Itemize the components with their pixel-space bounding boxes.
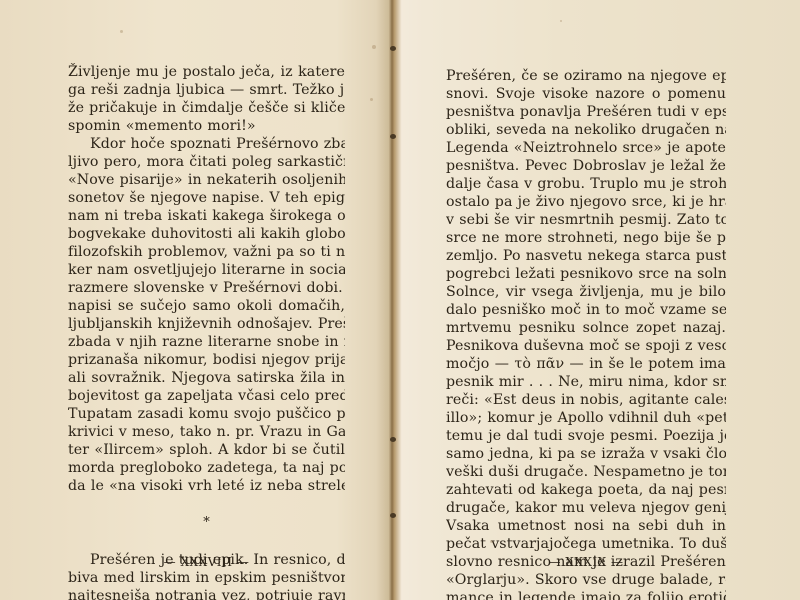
paper-speck xyxy=(370,98,373,101)
text-line: filozofskih problemov, važni pa so ti na… xyxy=(68,243,345,261)
right-page-body: Prešéren, če se oziramo na njegove epske… xyxy=(446,67,726,600)
text-line: pogrebci ležati pesnikovo srce na solncu… xyxy=(446,265,726,283)
text-line: bojevitost ga zapeljata včasi celo preda… xyxy=(68,387,345,405)
text-line: biva med lirskim in epskim pesništvom xyxy=(68,569,345,587)
text-line: reči: «Est deus in nobis, agitante cales… xyxy=(446,391,726,409)
text-line: ali sovražnik. Njegova satirska žila in xyxy=(68,369,345,387)
text-line: ljubljanskih književnih odnošajev. Prešé… xyxy=(68,315,345,333)
text-line: bogvekake duhovitosti ali kakih globokih xyxy=(68,225,345,243)
text-line: Prešéren, če se oziramo na njegove epske xyxy=(446,67,726,85)
left-page-body: Življenje mu je postalo ječa, iz katereg… xyxy=(68,63,345,600)
text-line: Pesnikova duševna moč se spoji z vesoljn… xyxy=(446,337,726,355)
text-line: ljivo pero, mora čitati poleg sarkastičn… xyxy=(68,153,345,171)
text-line: samo jedna, ki pa se izraža v vsaki člo- xyxy=(446,445,726,463)
text-line: Tupatam zasadi komu svojo puščico po xyxy=(68,405,345,423)
text-line: nam ni treba iskati kakega širokega obzo… xyxy=(68,207,345,225)
paper-speck xyxy=(500,575,503,578)
text-line: dalo pesniško moč in to moč vzame sedaj xyxy=(446,301,726,319)
text-line: snovi. Svoje visoke nazore o pomenu xyxy=(446,85,726,103)
binding-stitch xyxy=(390,46,396,51)
text-line: «Nove pisarije» in nekaterih osoljenih xyxy=(68,171,345,189)
text-line: drugače, kakor mu veleva njegov genij. xyxy=(446,499,726,517)
text-line: Kdor hoče spoznati Prešérnovo zbad- xyxy=(68,135,345,153)
section-separator-asterisk: * xyxy=(68,505,345,541)
binding-stitch xyxy=(390,513,396,518)
text-line: razmere slovenske v Prešérnovi dobi. Vsi xyxy=(68,279,345,297)
text-line: Vsaka umetnost nosi na sebi duh in xyxy=(446,517,726,535)
text-line: Življenje mu je postalo ječa, iz katere xyxy=(68,63,345,81)
text-line: pesnik mir . . . Ne, miru nima, kdor sme xyxy=(446,373,726,391)
text-line: ostalo pa je živo njegovo srce, ki je hr… xyxy=(446,193,726,211)
paper-speck xyxy=(372,45,376,49)
text-line: pesništva ponavlja Prešéren tudi v epski xyxy=(446,103,726,121)
text-line: ker nam osvetljujejo literarne in social… xyxy=(68,261,345,279)
page-number-right: — XXXIX — xyxy=(446,555,726,569)
paper-speck xyxy=(560,20,562,22)
left-page: Življenje mu je postalo ječa, iz katereg… xyxy=(0,0,392,600)
text-line: zahtevati od kakega poeta, da naj pesnuj… xyxy=(446,481,726,499)
text-line: veški duši drugače. Nespametno je torej xyxy=(446,463,726,481)
section-gap xyxy=(68,495,345,505)
text-line: ter «Ilircem» sploh. A kdor bi se čutil xyxy=(68,441,345,459)
text-line: močjo — τὸ πᾶν — in še le potem ima xyxy=(446,355,726,373)
text-line: pesništva. Pevec Dobroslav je ležal že xyxy=(446,157,726,175)
section-gap xyxy=(68,541,345,551)
text-line: pečat vstvarjajočega umetnika. To duše- xyxy=(446,535,726,553)
text-line: prizanaša nikomur, bodisi njegov prijate… xyxy=(68,351,345,369)
text-line: spomin «memento mori!» xyxy=(68,117,345,135)
text-line: sonetov še njegove napise. V teh epigram… xyxy=(68,189,345,207)
right-page: Prešéren, če se oziramo na njegove epske… xyxy=(396,0,800,600)
paper-speck xyxy=(490,540,493,543)
text-line: obliki, seveda na nekoliko drugačen nači… xyxy=(446,121,726,139)
text-line: da le «na visoki vrh leté iz neba strele… xyxy=(68,477,345,495)
binding-stitch xyxy=(390,134,396,139)
text-line: zbada v njih razne literarne snobe in ne xyxy=(68,333,345,351)
text-line: «Orglarju». Skoro vse druge balade, ro- xyxy=(446,571,726,589)
text-line: napisi se sučejo samo okoli domačih, xyxy=(68,297,345,315)
page-number-left: — XXXVIII — xyxy=(68,555,345,569)
text-line: zemljo. Po nasvetu nekega starca pustijo xyxy=(446,247,726,265)
text-line: ga reši zadnja ljubica — smrt. Težko je xyxy=(68,81,345,99)
binding-stitch xyxy=(390,437,396,442)
text-line: Solnce, vir vsega življenja, mu je bilo xyxy=(446,283,726,301)
text-line: srce ne more strohneti, nego bije še pod xyxy=(446,229,726,247)
text-line: v sebi še vir nesmrtnih pesmij. Zato to xyxy=(446,211,726,229)
text-line: dalje časa v grobu. Truplo mu je strohne… xyxy=(446,175,726,193)
text-line: najtesnejša notranja vez, potrjuje ravno xyxy=(68,587,345,600)
text-line: mrtvemu pesniku solnce zopet nazaj. xyxy=(446,319,726,337)
text-line: že pričakuje in čimdalje češče si kliče … xyxy=(68,99,345,117)
text-line: krivici v meso, tako n. pr. Vrazu in Gaj… xyxy=(68,423,345,441)
book-spread: Življenje mu je postalo ječa, iz katereg… xyxy=(0,0,800,600)
text-line: mance in legende imajo za folijo erotičn… xyxy=(446,589,726,600)
text-line: illo»; komur je Apollo vdihnil duh «petj… xyxy=(446,409,726,427)
text-line: Legenda «Neiztrohnelo srce» je apoteoza xyxy=(446,139,726,157)
text-line: temu je dal tudi svoje pesmi. Poezija je xyxy=(446,427,726,445)
paper-speck xyxy=(120,30,123,33)
text-line: morda pregloboko zadetega, ta naj pomisl… xyxy=(68,459,345,477)
